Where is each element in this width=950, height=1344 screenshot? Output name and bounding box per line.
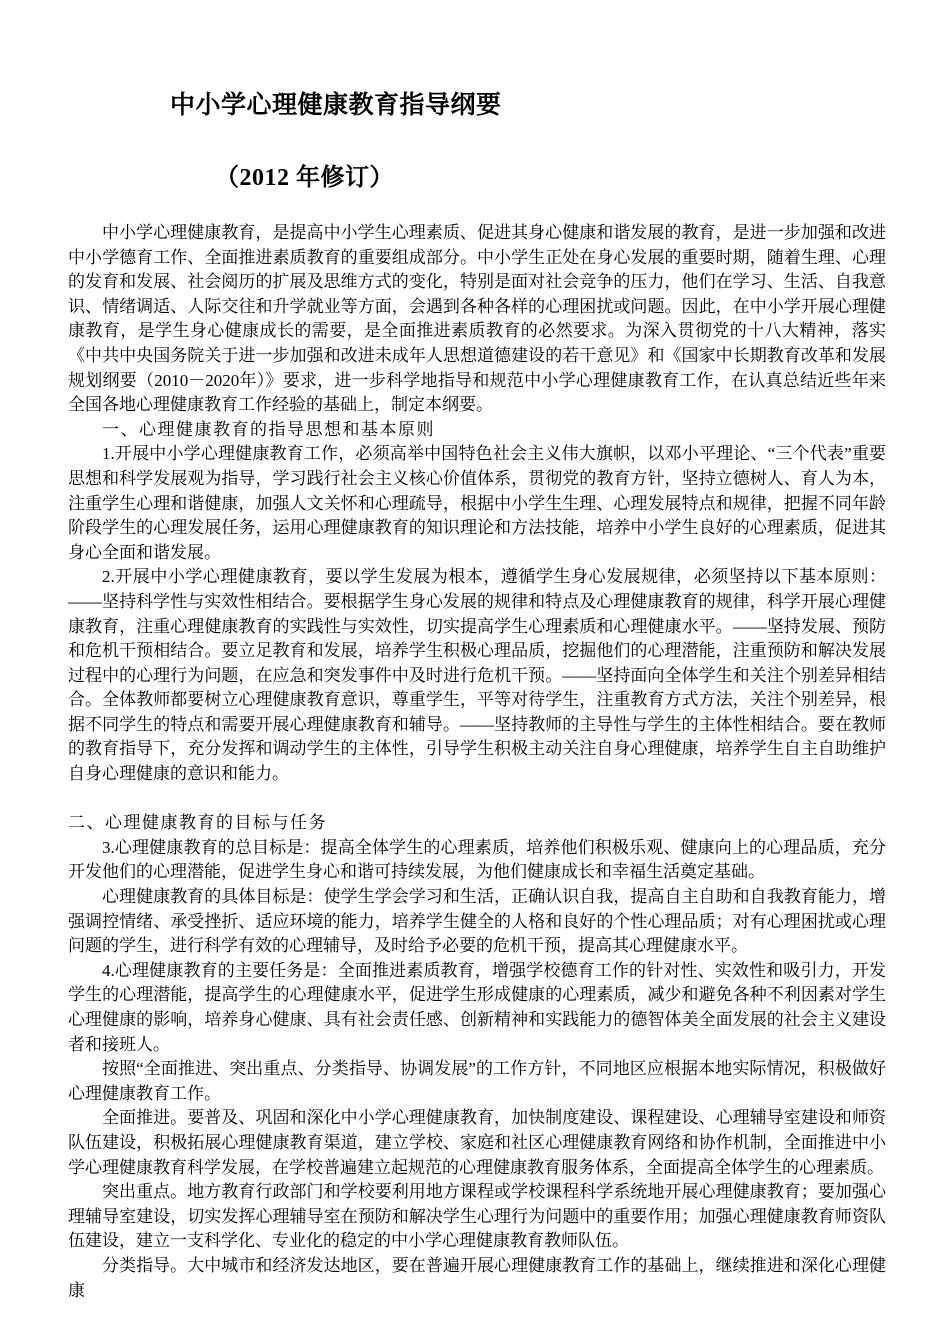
section-heading: 二、心理健康教育的目标与任务	[68, 811, 886, 836]
paragraph: 1.开展中小学心理健康教育工作，必须高举中国特色社会主义伟大旗帜，以邓小平理论、…	[68, 442, 886, 565]
paragraph: 2.开展中小学心理健康教育，要以学生发展为根本，遵循学生身心发展规律，必须坚持以…	[68, 565, 886, 786]
paragraph: 按照“全面推进、突出重点、分类指导、协调发展”的工作方针，不同地区应根据本地实际…	[68, 1057, 886, 1106]
paragraph: 分类指导。大中城市和经济发达地区，要在普遍开展心理健康教育工作的基础上，继续推进…	[68, 1254, 886, 1303]
paragraph: 心理健康教育的具体目标是：使学生学会学习和生活，正确认识自我，提高自主自助和自我…	[68, 885, 886, 959]
paragraph: 全面推进。要普及、巩固和深化中小学心理健康教育，加快制度建设、课程建设、心理辅导…	[68, 1106, 886, 1180]
paragraph: 中小学心理健康教育，是提高中小学生心理素质、促进其身心健康和谐发展的教育，是进一…	[68, 221, 886, 418]
paragraph-spacer	[68, 787, 886, 812]
paragraph: 突出重点。地方教育行政部门和学校要利用地方课程或学校课程科学系统地开展心理健康教…	[68, 1180, 886, 1254]
paragraph: 3.心理健康教育的总目标是：提高全体学生的心理素质，培养他们积极乐观、健康向上的…	[68, 836, 886, 885]
document-title: 中小学心理健康教育指导纲要	[170, 88, 886, 123]
document-page: 中小学心理健康教育指导纲要 （2012 年修订） 中小学心理健康教育，是提高中小…	[0, 0, 950, 1344]
document-body: 中小学心理健康教育，是提高中小学生心理素质、促进其身心健康和谐发展的教育，是进一…	[68, 221, 886, 1303]
paragraph: 4.心理健康教育的主要任务是：全面推进素质教育，增强学校德育工作的针对性、实效性…	[68, 959, 886, 1057]
section-heading: 一、心理健康教育的指导思想和基本原则	[68, 418, 886, 443]
document-subtitle: （2012 年修订）	[215, 161, 886, 195]
